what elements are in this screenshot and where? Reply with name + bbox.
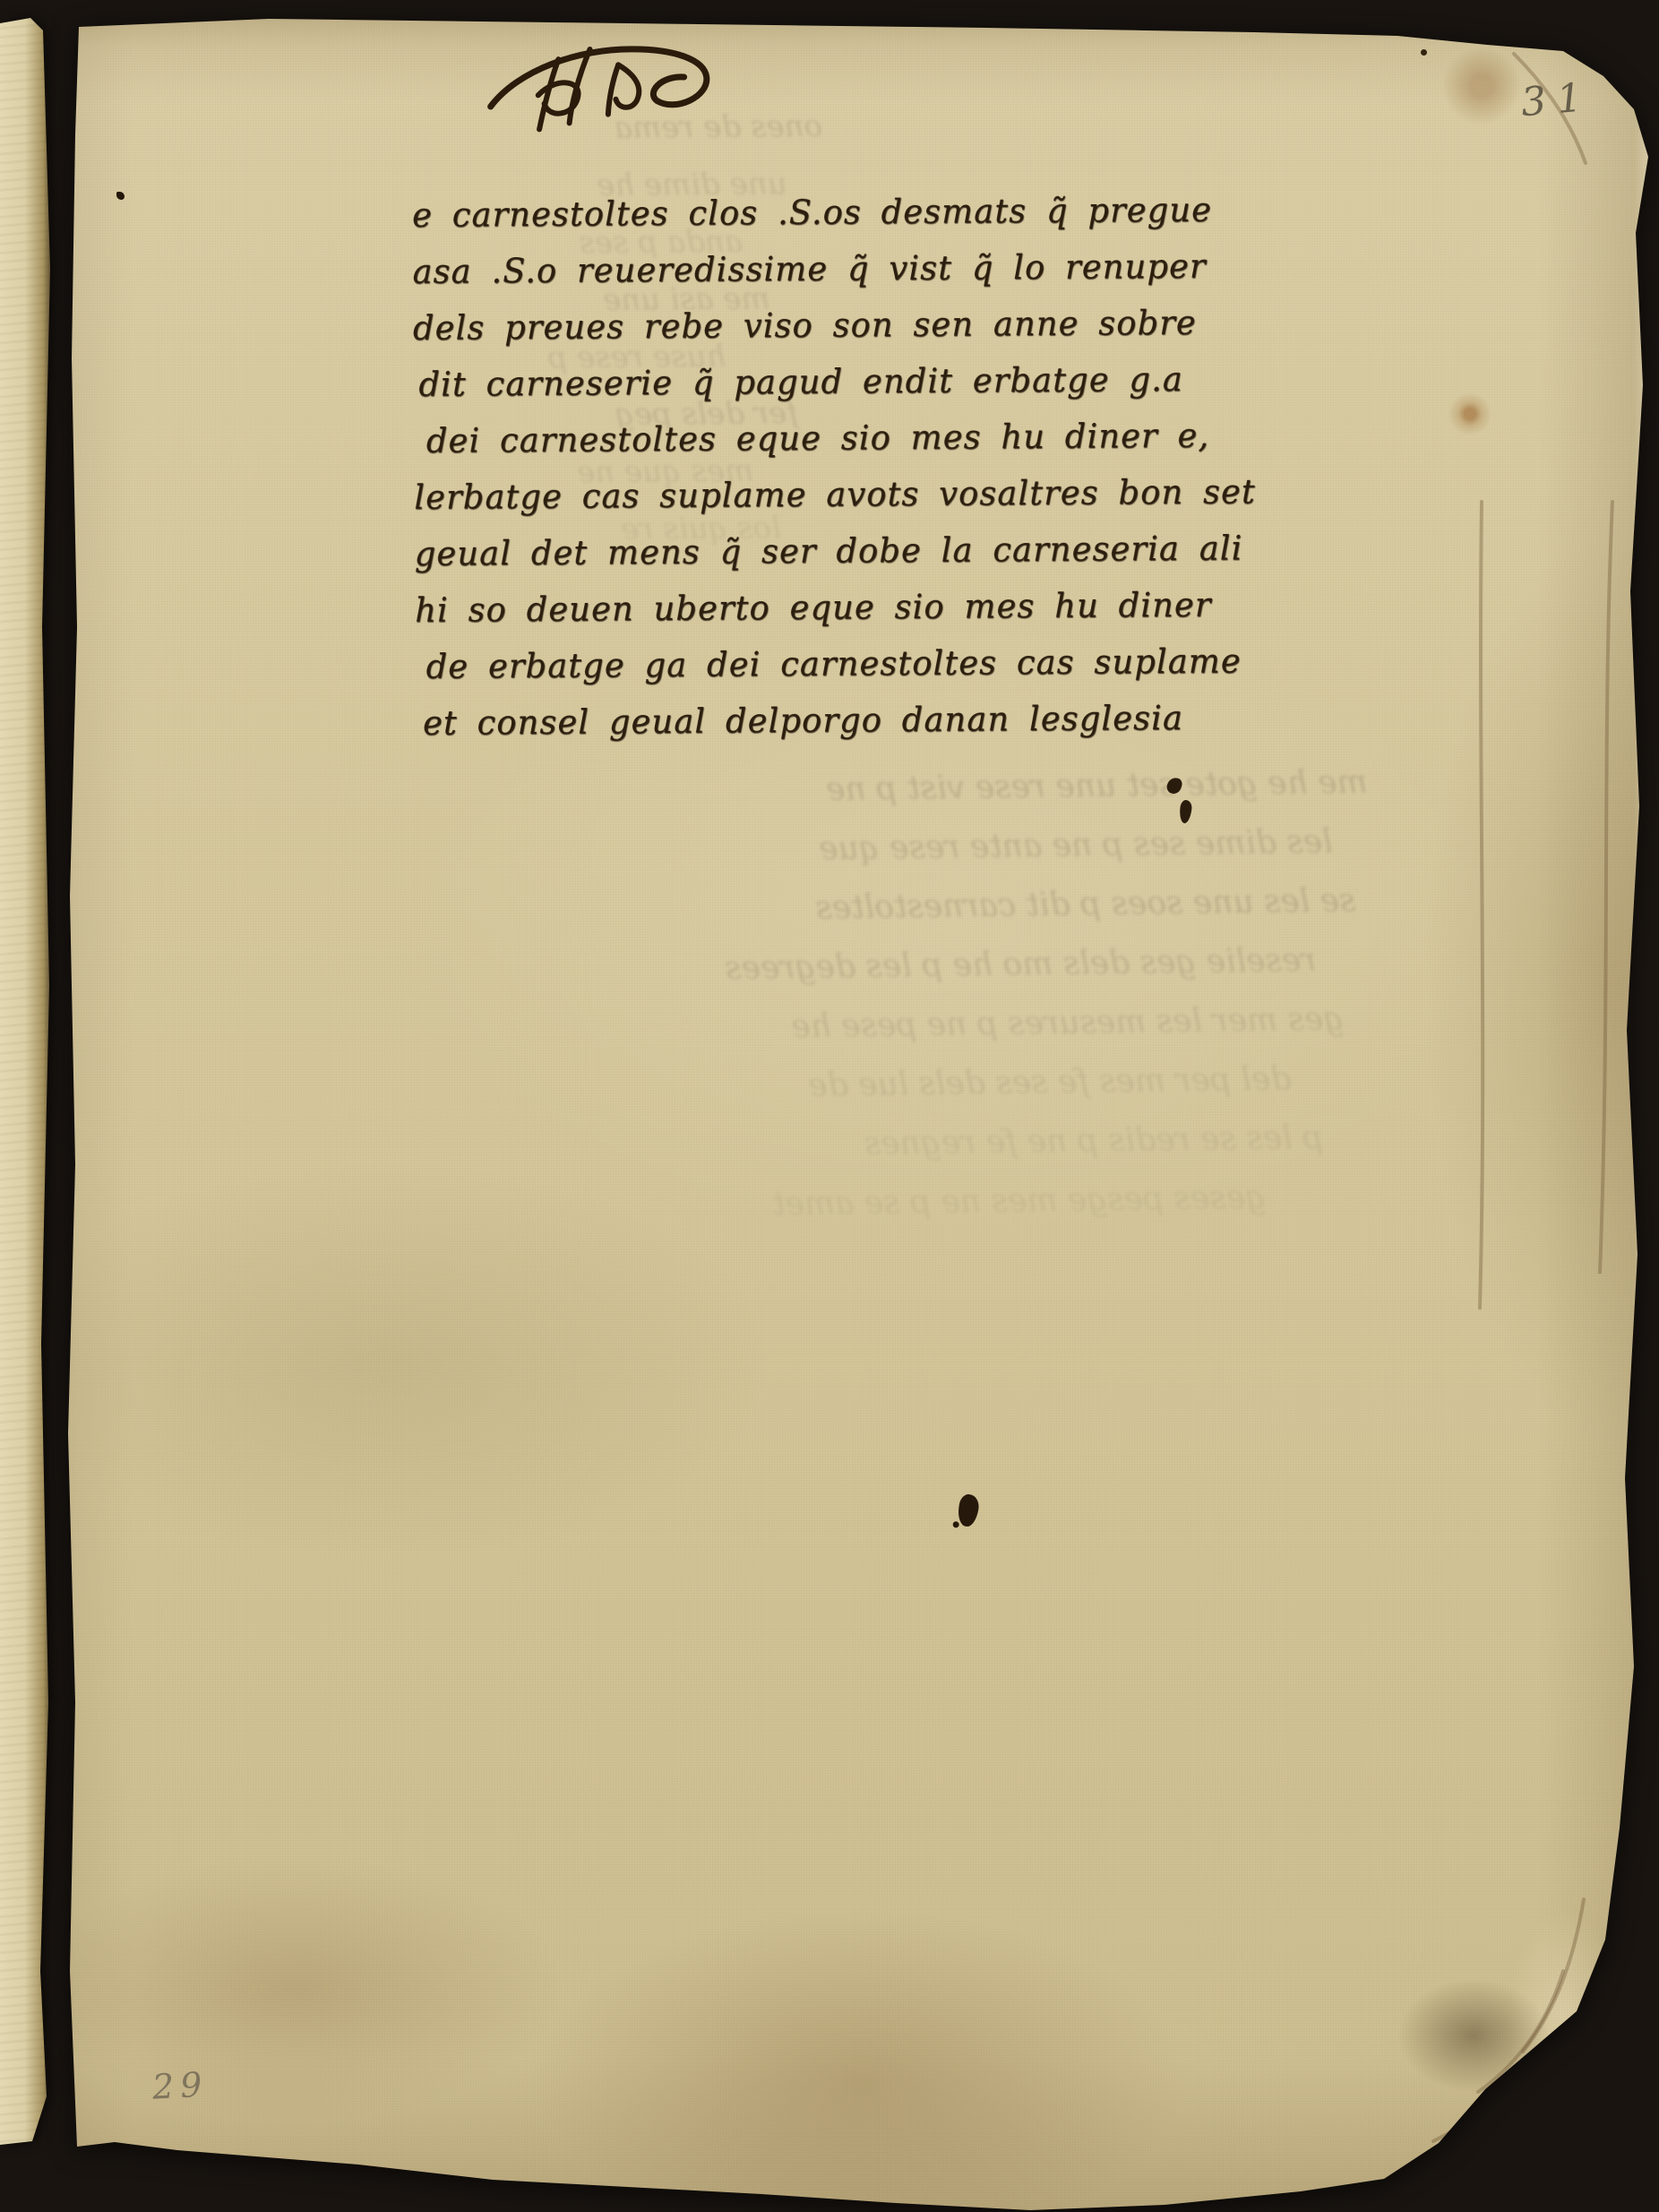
header-flourish-icon: [480, 28, 725, 142]
folio-number: 31: [1519, 74, 1595, 126]
bleedthrough-line: ges mer les mesures p ne pese he: [166, 990, 1345, 1065]
manuscript-text-block: e carnestoltes clos .S.os desmats q̃ pre…: [412, 180, 1392, 752]
manuscript-line: dit carneserie q̃ pagud endit erbatge g.…: [418, 349, 1389, 413]
bleedthrough-line: se les une soes p dit carnestoltes: [164, 872, 1356, 948]
ink-mark: [1179, 799, 1193, 823]
bleedthrough-line: les dime ses p ne ante rese que: [163, 813, 1333, 888]
manuscript-line: dels preues rebe viso son sen anne sobre: [413, 293, 1389, 357]
manuscript-line: hi so deuen uberto eque sio mes hu diner: [415, 575, 1391, 639]
manuscript-line: asa .S.o reueredissime q̃ vist q̃ lo ren…: [412, 237, 1388, 300]
ink-speck: [116, 192, 125, 200]
bleedthrough-lower-block: me he gote set une rese vist p ne les di…: [162, 753, 1373, 1244]
ink-blot: [957, 1493, 981, 1528]
bleedthrough-line: reselie ges dels mo he p les degrees: [165, 931, 1317, 1006]
bleedthrough-line: p les se redis p ne fe regnes: [168, 1108, 1324, 1183]
manuscript-line: geual det mens q̃ ser dobe la carneseria…: [414, 519, 1390, 582]
manuscript-line: de erbatge ga dei carnestoltes cas supla…: [425, 632, 1391, 695]
bleedthrough-line: geses pesge mes ne p se amet: [168, 1168, 1267, 1243]
manuscript-page-shadow: 31 ones de rema une dime he anda p ses m…: [0, 0, 1659, 2212]
photograph-background: 31 ones de rema une dime he anda p ses m…: [0, 0, 1659, 2212]
archival-page-number: 29: [151, 2064, 210, 2106]
manuscript-line: et consel geual delporgo danan lesglesia: [423, 688, 1392, 752]
bleedthrough-line: del per mes fe ses dels lue de: [167, 1050, 1292, 1125]
ink-speck: [1421, 49, 1427, 56]
manuscript-line: lerbatge cas suplame avots vosaltres bon…: [414, 462, 1390, 526]
manuscript-page: 31 ones de rema une dime he anda p ses m…: [0, 0, 1659, 2212]
ink-mark: [1165, 776, 1183, 796]
manuscript-line: dei carnestoltes eque sio mes hu diner e…: [426, 406, 1390, 469]
manuscript-line: e carnestoltes clos .S.os desmats q̃ pre…: [412, 180, 1388, 244]
